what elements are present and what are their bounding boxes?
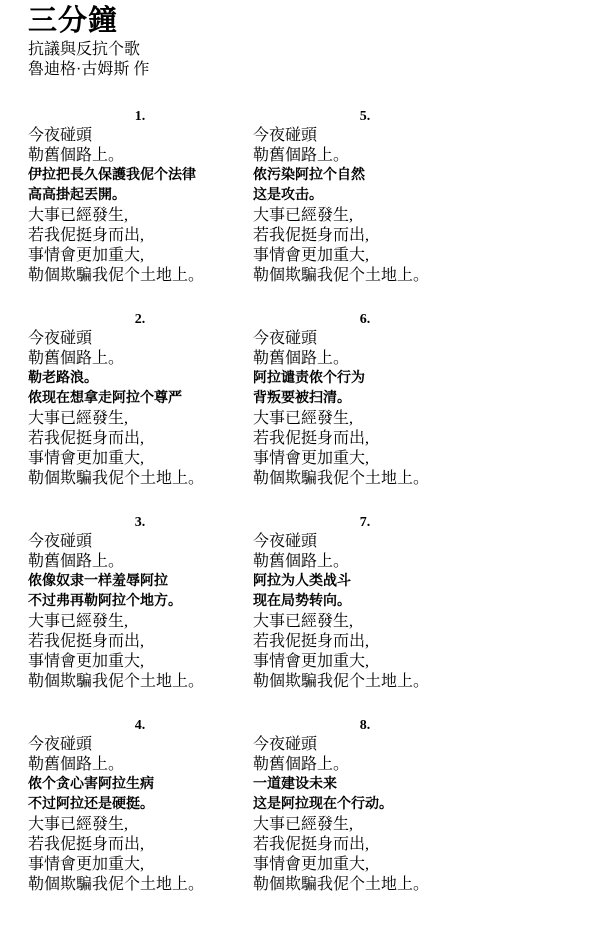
verse-line-bold: 背叛要被扫清。 (253, 389, 477, 409)
verse-line-bold: 高高掛起丟開。 (28, 186, 252, 206)
verse-line: 若我伲挺身而出, (28, 632, 252, 652)
verse-line-bold: 不过弗再勒阿拉个地方。 (28, 592, 252, 612)
verse-line: 勒個欺騙我伲个土地上。 (253, 469, 477, 489)
verse-line-bold: 一道建设未来 (253, 775, 477, 795)
verse-line-bold: 阿拉谴责侬个行为 (253, 369, 477, 389)
subtitle: 抗議與反抗个歌 (28, 40, 140, 60)
verse-line: 勒舊個路上。 (28, 755, 252, 775)
verse-line: 事情會更加重大, (253, 652, 477, 672)
verse-line: 若我伲挺身而出, (28, 835, 252, 855)
verse-line: 若我伲挺身而出, (253, 632, 477, 652)
verse-line: 大事已經發生, (253, 206, 477, 226)
stanza-number: 1. (28, 108, 252, 126)
stanza-3: 3.今夜碰頭勒舊個路上。侬像奴隶一样羞辱阿拉不过弗再勒阿拉个地方。大事已經發生,… (28, 514, 252, 692)
stanza-number: 4. (28, 717, 252, 735)
verse-line: 今夜碰頭 (253, 329, 477, 349)
verse-line: 若我伲挺身而出, (28, 429, 252, 449)
verse-line: 勒舊個路上。 (253, 755, 477, 775)
verse-line-bold: 伊拉把長久保護我伲个法律 (28, 166, 252, 186)
stanza-1: 1.今夜碰頭勒舊個路上。伊拉把長久保護我伲个法律高高掛起丟開。大事已經發生,若我… (28, 108, 252, 286)
verse-line: 今夜碰頭 (28, 126, 252, 146)
verse-line: 事情會更加重大, (28, 449, 252, 469)
verse-line-bold: 侬个贪心害阿拉生病 (28, 775, 252, 795)
verse-line-bold: 侬污染阿拉个自然 (253, 166, 477, 186)
verse-line-bold: 这是阿拉现在个行动。 (253, 795, 477, 815)
verse-line: 大事已經發生, (28, 206, 252, 226)
stanza-number: 6. (253, 311, 477, 329)
stanza-4: 4.今夜碰頭勒舊個路上。侬个贪心害阿拉生病不过阿拉还是硬挺。大事已經發生,若我伲… (28, 717, 252, 895)
verse-line: 勒舊個路上。 (28, 552, 252, 572)
verse-line: 大事已經發生, (253, 612, 477, 632)
verse-line: 今夜碰頭 (253, 532, 477, 552)
stanza-number: 8. (253, 717, 477, 735)
verse-line: 今夜碰頭 (28, 735, 252, 755)
verse-line: 勒舊個路上。 (253, 349, 477, 369)
stanza-number: 7. (253, 514, 477, 532)
verse-line-bold: 侬像奴隶一样羞辱阿拉 (28, 572, 252, 592)
verse-line: 今夜碰頭 (28, 329, 252, 349)
verse-line: 若我伲挺身而出, (28, 226, 252, 246)
verse-line: 勒舊個路上。 (253, 146, 477, 166)
stanza-number: 3. (28, 514, 252, 532)
verse-line: 大事已經發生, (28, 409, 252, 429)
verse-line: 若我伲挺身而出, (253, 835, 477, 855)
stanza-number: 2. (28, 311, 252, 329)
verse-line: 大事已經發生, (28, 612, 252, 632)
verse-line: 若我伲挺身而出, (253, 226, 477, 246)
stanza-6: 6.今夜碰頭勒舊個路上。阿拉谴责侬个行为背叛要被扫清。大事已經發生,若我伲挺身而… (253, 311, 477, 489)
verse-line: 勒個欺騙我伲个土地上。 (253, 672, 477, 692)
verse-line: 勒個欺騙我伲个土地上。 (253, 266, 477, 286)
stanza-5: 5.今夜碰頭勒舊個路上。侬污染阿拉个自然这是攻击。大事已經發生,若我伲挺身而出,… (253, 108, 477, 286)
verse-line: 大事已經發生, (28, 815, 252, 835)
verse-line: 今夜碰頭 (253, 126, 477, 146)
stanza-2: 2.今夜碰頭勒舊個路上。勒老路浪。侬现在想拿走阿拉个尊严大事已經發生,若我伲挺身… (28, 311, 252, 489)
verse-line: 事情會更加重大, (253, 855, 477, 875)
verse-line: 事情會更加重大, (28, 246, 252, 266)
verse-line: 事情會更加重大, (28, 652, 252, 672)
verse-line: 事情會更加重大, (28, 855, 252, 875)
verse-line: 勒個欺騙我伲个土地上。 (28, 672, 252, 692)
verse-line: 事情會更加重大, (253, 449, 477, 469)
verse-line: 勒舊個路上。 (28, 349, 252, 369)
verse-line: 勒個欺騙我伲个土地上。 (28, 469, 252, 489)
stanza-7: 7.今夜碰頭勒舊個路上。阿拉为人类战斗现在局势转向。大事已經發生,若我伲挺身而出… (253, 514, 477, 692)
verse-line: 大事已經發生, (253, 815, 477, 835)
verse-line-bold: 现在局势转向。 (253, 592, 477, 612)
verse-line: 勒個欺騙我伲个土地上。 (28, 266, 252, 286)
verse-line: 勒個欺騙我伲个土地上。 (253, 875, 477, 895)
verse-line: 今夜碰頭 (28, 532, 252, 552)
verse-line-bold: 不过阿拉还是硬挺。 (28, 795, 252, 815)
stanza-number: 5. (253, 108, 477, 126)
verse-line-bold: 侬现在想拿走阿拉个尊严 (28, 389, 252, 409)
verse-line: 今夜碰頭 (253, 735, 477, 755)
verse-line-bold: 勒老路浪。 (28, 369, 252, 389)
verse-line-bold: 这是攻击。 (253, 186, 477, 206)
verse-line: 勒舊個路上。 (253, 552, 477, 572)
verse-line: 勒舊個路上。 (28, 146, 252, 166)
page-title: 三分鐘 (28, 4, 118, 38)
verse-line: 大事已經發生, (253, 409, 477, 429)
author-line: 魯迪格·古姆斯 作 (28, 60, 149, 80)
stanza-8: 8.今夜碰頭勒舊個路上。一道建设未来这是阿拉现在个行动。大事已經發生,若我伲挺身… (253, 717, 477, 895)
verse-line: 若我伲挺身而出, (253, 429, 477, 449)
verse-line: 事情會更加重大, (253, 246, 477, 266)
verse-line-bold: 阿拉为人类战斗 (253, 572, 477, 592)
verse-line: 勒個欺騙我伲个土地上。 (28, 875, 252, 895)
